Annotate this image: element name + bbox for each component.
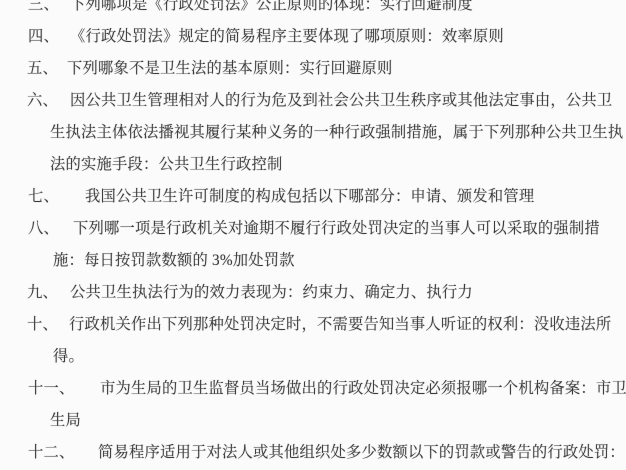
question-number: 十、 xyxy=(27,309,58,341)
question-row-6: 六、 因公共卫生管理相对人的行为危及到社会公共卫生秩序或其他法定事由，公共卫 xyxy=(0,85,626,117)
question-number: 九、 xyxy=(27,277,58,309)
question-text-line: 我国公共卫生许可制度的构成包括以下哪部分：申请、颁发和管理 xyxy=(85,181,534,213)
question-row-10: 十、 行政机关作出下列那种处罚决定时，不需要告知当事人听证的权利：没收违法所 xyxy=(0,309,626,341)
question-number: 四、 xyxy=(28,21,59,53)
question-number: 三、 xyxy=(28,0,59,21)
question-number: 七、 xyxy=(28,181,59,213)
question-text-line: 简易程序适用于对法人或其他组织处多少数额以下的罚款或警告的行政处罚： xyxy=(98,437,625,469)
question-text-line: 行政机关作出下列那种处罚决定时，不需要告知当事人听证的权利：没收违法所 xyxy=(69,309,611,341)
question-row-7: 七、 我国公共卫生许可制度的构成包括以下哪部分：申请、颁发和管理 xyxy=(0,181,626,213)
question-row-4: 四、 《行政处罚法》规定的简易程序主要体现了哪项原则：效率原则 xyxy=(0,21,626,53)
question-row-11-cont: 生局 xyxy=(0,405,626,437)
question-row-9: 九、 公共卫生执法行为的效力表现为：约束力、确定力、执行力 xyxy=(0,277,626,309)
question-text-line: 施：每日按罚款数额的 3%加处罚款 xyxy=(53,245,295,277)
question-number: 八、 xyxy=(28,213,59,245)
question-row-5: 五、 下列哪象不是卫生法的基本原则：实行回避原则 xyxy=(0,53,626,85)
question-row-3: 三、 下列哪项是《行政处罚法》公正原则的体现：实行回避制度 xyxy=(0,0,626,21)
question-text-line: 生局 xyxy=(50,405,81,437)
question-row-8-cont: 施：每日按罚款数额的 3%加处罚款 xyxy=(0,245,626,277)
question-number: 十一、 xyxy=(28,373,75,405)
question-row-8: 八、 下列哪一项是行政机关对逾期不履行行政处罚决定的当事人可以采取的强制措 xyxy=(0,213,626,245)
question-text-line: 法的实施手段：公共卫生行政控制 xyxy=(50,149,282,181)
scanned-document-page: 三、 下列哪项是《行政处罚法》公正原则的体现：实行回避制度 四、 《行政处罚法》… xyxy=(0,0,626,470)
question-number: 六、 xyxy=(27,85,58,117)
question-row-6-cont: 法的实施手段：公共卫生行政控制 xyxy=(0,149,626,181)
question-text-line: 公共卫生执法行为的效力表现为：约束力、确定力、执行力 xyxy=(70,277,473,309)
question-text-line: 《行政处罚法》规定的简易程序主要体现了哪项原则：效率原则 xyxy=(70,21,504,53)
question-text-line: 下列哪象不是卫生法的基本原则：实行回避原则 xyxy=(67,53,392,85)
question-text-line: 生执法主体依法播视其履行某种义务的一种行政强制措施，属于下列那种公共卫生执 xyxy=(50,117,623,149)
question-row-6-cont: 生执法主体依法播视其履行某种义务的一种行政强制措施，属于下列那种公共卫生执 xyxy=(0,117,626,149)
question-number: 十二、 xyxy=(28,437,75,469)
question-text-line: 下列哪一项是行政机关对逾期不履行行政处罚决定的当事人可以采取的强制措 xyxy=(73,213,600,245)
question-text-line: 下列哪项是《行政处罚法》公正原则的体现：实行回避制度 xyxy=(70,0,473,21)
question-row-10-cont: 得。 xyxy=(0,341,626,373)
question-text-line: 因公共卫生管理相对人的行为危及到社会公共卫生秩序或其他法定事由，公共卫 xyxy=(70,85,612,117)
question-text-line: 市为生局的卫生监督员当场做出的行政处罚决定必须报哪一个机构备案：市卫 xyxy=(100,373,626,405)
question-row-12: 十二、 简易程序适用于对法人或其他组织处多少数额以下的罚款或警告的行政处罚： xyxy=(0,437,626,469)
question-text-line: 得。 xyxy=(53,341,84,373)
question-number: 五、 xyxy=(27,53,58,85)
question-row-11: 十一、 市为生局的卫生监督员当场做出的行政处罚决定必须报哪一个机构备案：市卫 xyxy=(0,373,626,405)
